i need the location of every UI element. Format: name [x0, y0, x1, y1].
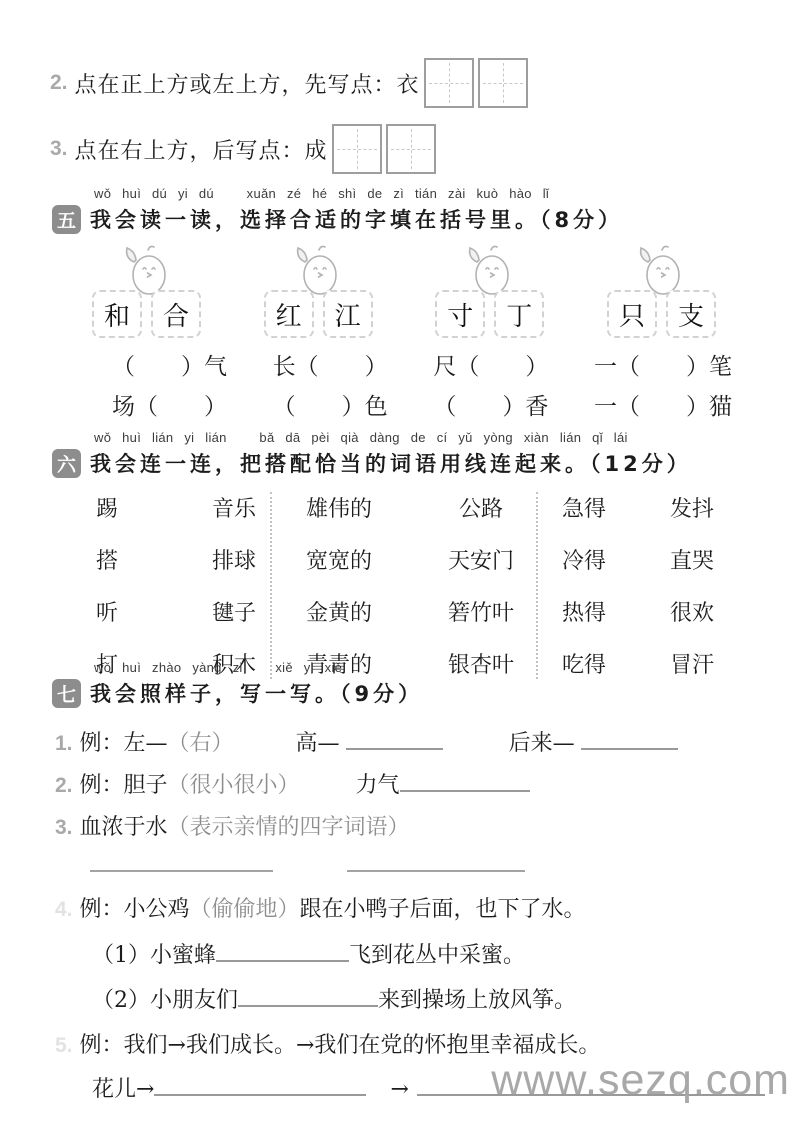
match-word: 搭: [96, 544, 118, 575]
fill-blank-row: 场（ ） （ ）色 （ ）香 一（ ）猫: [0, 388, 800, 421]
question-text: 后来—: [509, 726, 575, 757]
answer-blank: [216, 960, 349, 962]
match-word: 直哭: [670, 544, 714, 575]
question-number: 3.: [55, 816, 73, 840]
character-choice-box: 合: [151, 290, 201, 338]
section-pinyin: wǒ huì dú yi dú xuǎn zé hé shì de zì tiá…: [94, 186, 623, 201]
question-text: （1）小蜜蜂: [92, 938, 216, 969]
question-number: 2.: [50, 71, 68, 95]
match-word: 踢: [96, 492, 118, 523]
section-pinyin: wǒ huì lián yi lián bǎ dā pèi qià dàng d…: [94, 430, 692, 445]
match-word: 音乐: [212, 492, 256, 523]
blank-cell: （ ）气: [112, 348, 227, 381]
write-item-4-sub1: （1）小蜜蜂 飞到花丛中采蜜。: [92, 938, 525, 969]
answer-line: [347, 870, 525, 872]
section-badge: 六: [52, 449, 81, 478]
match-word: 吃得: [562, 648, 606, 679]
write-item-2: 2. 例：胆子 （很小很小） 力气: [55, 768, 530, 799]
blank-cell: 一（ ）猫: [594, 388, 732, 421]
question-text: 来到操场上放风筝。: [378, 983, 576, 1014]
question-number: 1.: [55, 732, 73, 756]
match-word: 热得: [562, 596, 606, 627]
character-choice-box: 支: [666, 290, 716, 338]
matching-exercise: 踢 搭 听 打 音乐 排球 毽子 积木 雄伟的 宽宽的 金黄的 青青的 公路 天…: [78, 492, 732, 679]
arrow-text: →: [390, 1077, 408, 1102]
write-item-4: 4. 例：小公鸡 （偷偷地） 跟在小鸭子后面，也下了水。: [55, 892, 586, 923]
write-item-5: 5. 例：我们→我们成长。→我们在党的怀抱里幸福成长。: [55, 1028, 600, 1059]
section-title: 我会连一连，把搭配恰当的词语用线连起来。（12分）: [90, 448, 692, 478]
section-badge: 五: [52, 205, 81, 234]
question-number: 5.: [55, 1034, 73, 1058]
match-word: 雄伟的: [306, 492, 372, 523]
match-group: 雄伟的 宽宽的 金黄的 青青的 公路 天安门 箬竹叶 银杏叶: [270, 492, 536, 679]
match-word: 天安门: [448, 544, 514, 575]
blank-cell: 尺（ ）: [433, 348, 548, 381]
choice-group: 和 合: [92, 244, 201, 338]
match-word: 冷得: [562, 544, 606, 575]
answer-blank: [581, 748, 678, 750]
match-word: 发抖: [670, 492, 714, 523]
character-choices: 和 合 红 江: [0, 244, 800, 338]
question-hint: （表示亲情的四字词语）: [168, 810, 410, 841]
blank-cell: （ ）色: [273, 388, 388, 421]
write-item-1: 1. 例：左— （右） 高— 后来—: [55, 726, 678, 757]
match-word: 毽子: [212, 596, 256, 627]
question-3-row: 3. 点在右上方，后写点：成: [50, 124, 436, 174]
character-choice-box: 只: [607, 290, 657, 338]
question-text: 点在右上方，后写点：成: [75, 134, 328, 165]
answer-blank: [154, 1094, 366, 1096]
write-item-4-sub2: （2）小朋友们 来到操场上放风筝。: [92, 983, 576, 1014]
character-choice-box: 红: [264, 290, 314, 338]
question-text: 花儿→: [92, 1072, 154, 1103]
question-text: 飞到花丛中采蜜。: [349, 938, 525, 969]
match-word: 箬竹叶: [448, 596, 514, 627]
match-word: 听: [96, 596, 118, 627]
example-hint: （很小很小）: [168, 768, 300, 799]
blank-cell: 一（ ）笔: [594, 348, 732, 381]
example-text: 例：小公鸡: [80, 892, 190, 923]
watermark: www.sezq.com: [491, 1056, 790, 1105]
choice-group: 只 支: [607, 244, 716, 338]
match-group: 踢 搭 听 打 音乐 排球 毽子 积木: [78, 492, 270, 679]
section-five-header: wǒ huì dú yi dú xuǎn zé hé shì de zì tiá…: [52, 186, 623, 234]
character-choice-box: 丁: [494, 290, 544, 338]
write-item-3: 3. 血浓于水 （表示亲情的四字词语）: [55, 810, 410, 841]
fill-blank-row: （ ）气 长（ ） 尺（ ） 一（ ）笔: [0, 348, 800, 381]
question-text: 高—: [296, 726, 340, 757]
blank-cell: （ ）香: [433, 388, 548, 421]
match-group: 急得 冷得 热得 吃得 发抖 直哭 很欢 冒汗: [536, 492, 732, 679]
answer-blank: [346, 748, 443, 750]
match-word: 公路: [448, 492, 514, 523]
example-text: 例：左—: [80, 726, 168, 757]
question-text: 力气: [356, 768, 400, 799]
answer-blank: [238, 1005, 378, 1007]
question-text: 点在正上方或左上方，先写点：衣: [75, 68, 420, 99]
question-text: （2）小朋友们: [92, 983, 238, 1014]
match-word: 银杏叶: [448, 648, 514, 679]
section-pinyin: wǒ huì zhào yàng zi xiě yi xiě: [94, 660, 423, 675]
tianzige-box: [424, 58, 474, 108]
section-badge: 七: [52, 679, 81, 708]
example-hint: （右）: [168, 726, 234, 757]
match-word: 宽宽的: [306, 544, 372, 575]
match-word: 金黄的: [306, 596, 372, 627]
match-word: 急得: [562, 492, 606, 523]
example-hint: （偷偷地）: [190, 892, 300, 923]
answer-line: [90, 870, 273, 872]
question-2-row: 2. 点在正上方或左上方，先写点：衣: [50, 58, 528, 108]
tianzige-box: [478, 58, 528, 108]
section-title: 我会读一读，选择合适的字填在括号里。（8分）: [90, 204, 623, 234]
example-text: 跟在小鸭子后面，也下了水。: [300, 892, 586, 923]
question-number: 3.: [50, 137, 68, 161]
choice-group: 寸 丁: [435, 244, 544, 338]
section-seven-header: wǒ huì zhào yàng zi xiě yi xiě 七 我会照样子，写…: [52, 660, 423, 708]
character-choice-box: 江: [323, 290, 373, 338]
section-six-header: wǒ huì lián yi lián bǎ dā pèi qià dàng d…: [52, 430, 692, 478]
match-word: 冒汗: [670, 648, 714, 679]
character-choice-box: 和: [92, 290, 142, 338]
match-word: 很欢: [670, 596, 714, 627]
question-number: 4.: [55, 898, 73, 922]
section-title: 我会照样子，写一写。（9分）: [90, 678, 423, 708]
answer-blank: [400, 790, 530, 792]
question-text: 血浓于水: [80, 810, 168, 841]
choice-group: 红 江: [264, 244, 373, 338]
tianzige-box: [386, 124, 436, 174]
blank-cell: 场（ ）: [112, 388, 227, 421]
example-text: 例：胆子: [80, 768, 168, 799]
question-number: 2.: [55, 774, 73, 798]
character-choice-box: 寸: [435, 290, 485, 338]
worksheet-page: 2. 点在正上方或左上方，先写点：衣 3. 点在右上方，后写点：成 wǒ huì…: [0, 0, 800, 1131]
blank-cell: 长（ ）: [273, 348, 388, 381]
tianzige-box: [332, 124, 382, 174]
match-word: 排球: [212, 544, 256, 575]
example-text: 例：我们→我们成长。→我们在党的怀抱里幸福成长。: [80, 1028, 601, 1059]
